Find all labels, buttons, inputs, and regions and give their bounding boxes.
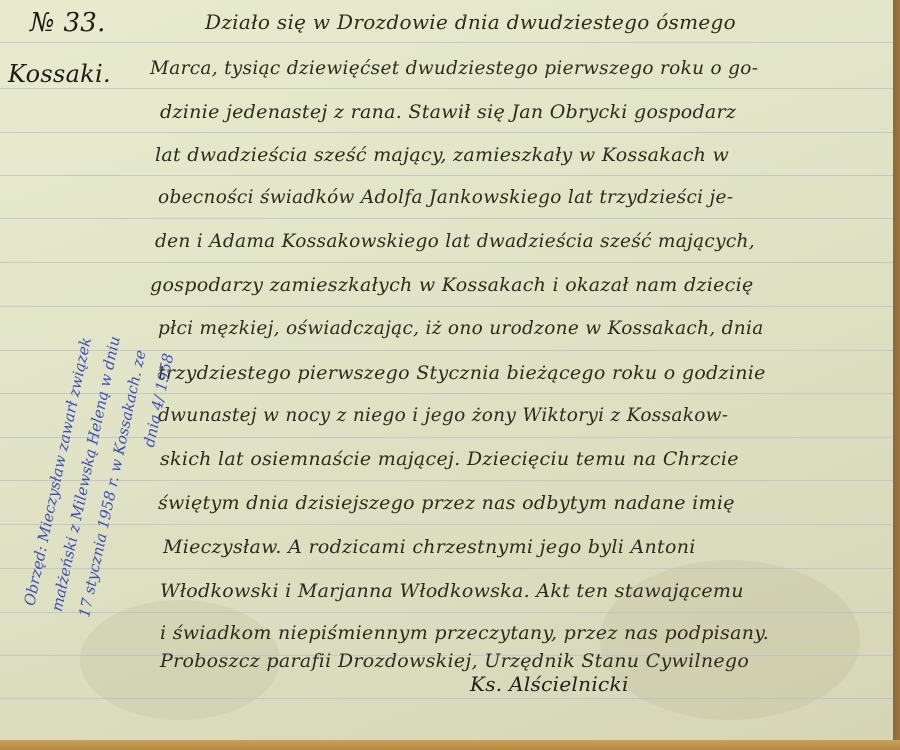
record-text-line: płci męzkiej, oświadczając, iż ono urodz… bbox=[158, 318, 764, 339]
page-edge bbox=[0, 740, 900, 750]
record-text-line: i świadkom niepiśmiennym przeczytany, pr… bbox=[160, 622, 769, 644]
record-text-line: skich lat osiemnaście mającej. Dziecięci… bbox=[160, 448, 739, 470]
village-name: Kossaki. bbox=[8, 60, 111, 88]
record-text-line: den i Adama Kossakowskiego lat dwadzieśc… bbox=[155, 231, 755, 252]
record-text-line: Proboszcz parafii Drozdowskiej, Urzędnik… bbox=[160, 650, 749, 672]
ruled-line bbox=[0, 42, 893, 43]
record-text-line: obecności świadków Adolfa Jankowskiego l… bbox=[158, 187, 733, 208]
record-text-line: Marca, tysiąc dziewięćset dwudziestego p… bbox=[150, 58, 758, 79]
record-text-line: Działo się w Drozdowie dnia dwudziestego… bbox=[205, 10, 736, 34]
record-text-line: lat dwadzieścia sześć mający, zamieszkał… bbox=[155, 144, 729, 166]
document-page: № 33. Kossaki. Działo się w Drozdowie dn… bbox=[0, 0, 893, 740]
record-text-line: Włodkowski i Marjanna Włodkowska. Akt te… bbox=[160, 580, 744, 602]
record-text-line: gospodarzy zamieszkałych w Kossakach i o… bbox=[150, 274, 754, 296]
record-text-line: dwunastej w nocy z niego i jego żony Wik… bbox=[158, 405, 728, 426]
priest-signature: Ks. Alścielnicki bbox=[470, 672, 629, 696]
record-text-line: trzydziestego pierwszego Stycznia bieżąc… bbox=[158, 362, 766, 384]
page-edge bbox=[893, 0, 900, 750]
record-text-line: Mieczysław. A rodzicami chrzestnymi jego… bbox=[163, 536, 696, 558]
record-text-line: dzinie jedenastej z rana. Stawił się Jan… bbox=[160, 101, 736, 123]
ruled-line bbox=[0, 132, 893, 133]
record-text-line: świętym dnia dzisiejszego przez nas odby… bbox=[158, 492, 735, 514]
ruled-line bbox=[0, 88, 893, 89]
ruled-line bbox=[0, 698, 893, 699]
record-number: № 33. bbox=[30, 8, 106, 38]
